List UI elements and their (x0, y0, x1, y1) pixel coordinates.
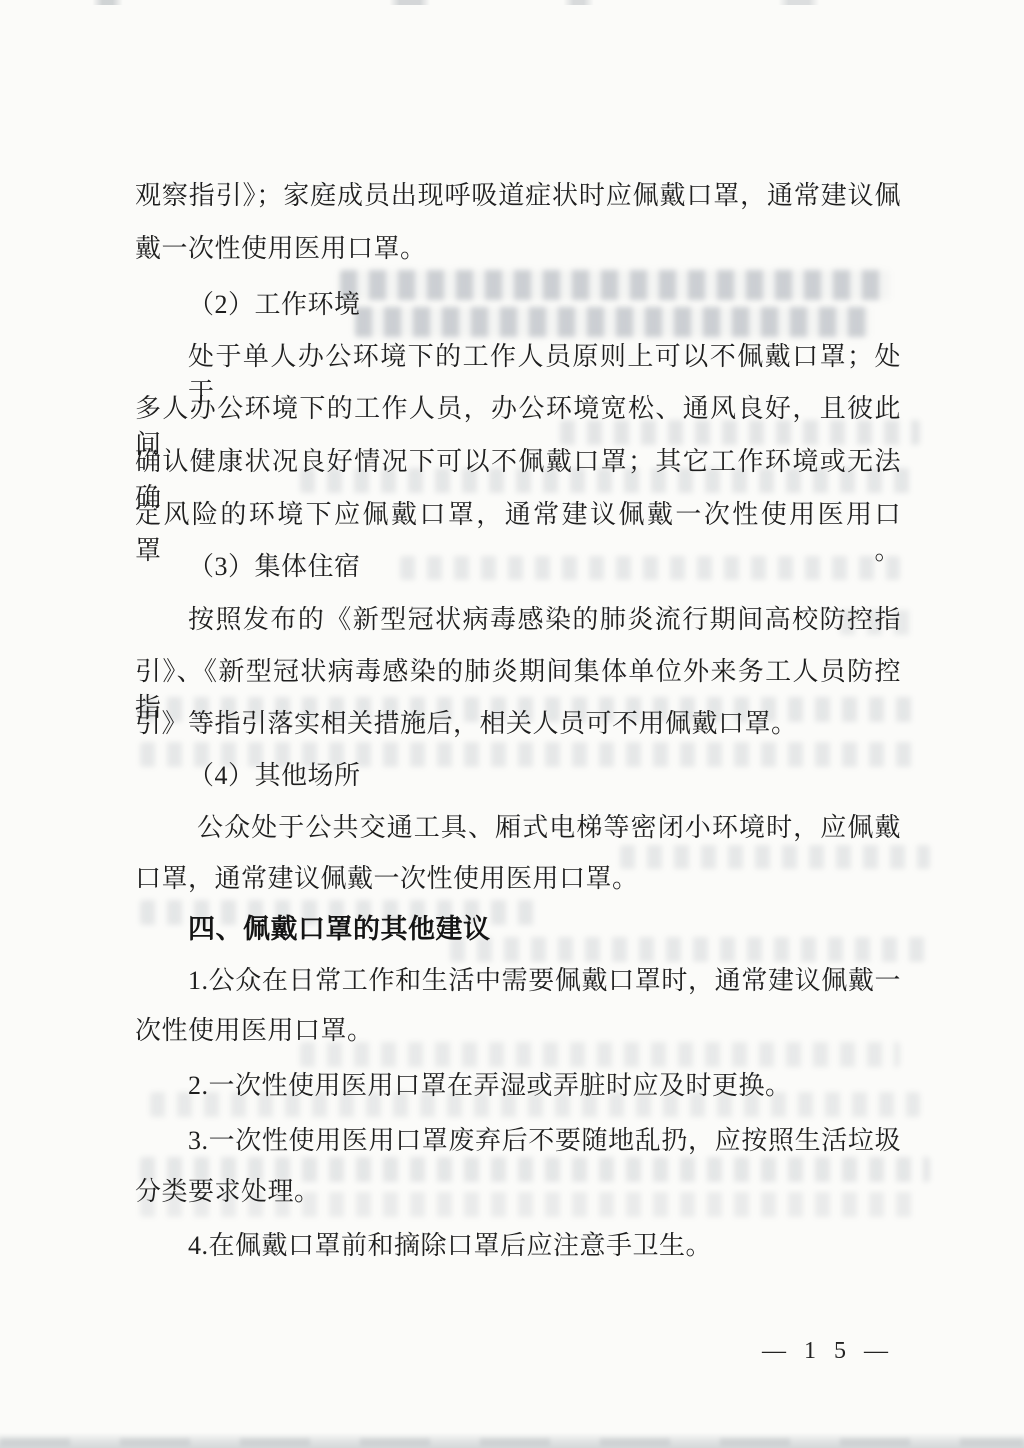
body-line: 分类要求处理。 (135, 1174, 901, 1210)
body-line: 引》等指引落实相关措施后，相关人员可不用佩戴口罩。 (135, 706, 901, 742)
scan-bottom-edge (0, 1432, 1024, 1448)
scanned-document-page: 观察指引》；家庭成员出现呼吸道症状时应佩戴口罩，通常建议佩 戴一次性使用医用口罩… (0, 0, 1024, 1448)
body-line: 2.一次性使用医用口罩在弄湿或弄脏时应及时更换。 (135, 1068, 901, 1104)
body-line: 戴一次性使用医用口罩。 (135, 231, 901, 267)
body-line: 观察指引》；家庭成员出现呼吸道症状时应佩戴口罩，通常建议佩 (135, 178, 901, 214)
body-line: 4.在佩戴口罩前和摘除口罩后应注意手卫生。 (135, 1228, 901, 1264)
body-line: 按照发布的《新型冠状病毒感染的肺炎流行期间高校防控指 (135, 602, 901, 638)
body-line: 次性使用医用口罩。 (135, 1013, 901, 1049)
body-line: 1.公众在日常工作和生活中需要佩戴口罩时，通常建议佩戴一 (135, 963, 901, 999)
subheading-line: （2）工作环境 (135, 287, 901, 323)
section-heading: 四、佩戴口罩的其他建议 (135, 911, 901, 947)
body-line: 3.一次性使用医用口罩废弃后不要随地乱扔，应按照生活垃圾 (135, 1123, 901, 1159)
page-number: — 1 5 — (762, 1338, 894, 1365)
body-line: 公众处于公共交通工具、厢式电梯等密闭小环境时，应佩戴 (135, 810, 901, 846)
subheading-line: （4）其他场所 (135, 758, 901, 794)
scan-top-edge (0, 0, 1024, 5)
body-line: 口罩，通常建议佩戴一次性使用医用口罩。 (135, 861, 901, 897)
subheading-line: （3）集体住宿 (135, 549, 901, 585)
